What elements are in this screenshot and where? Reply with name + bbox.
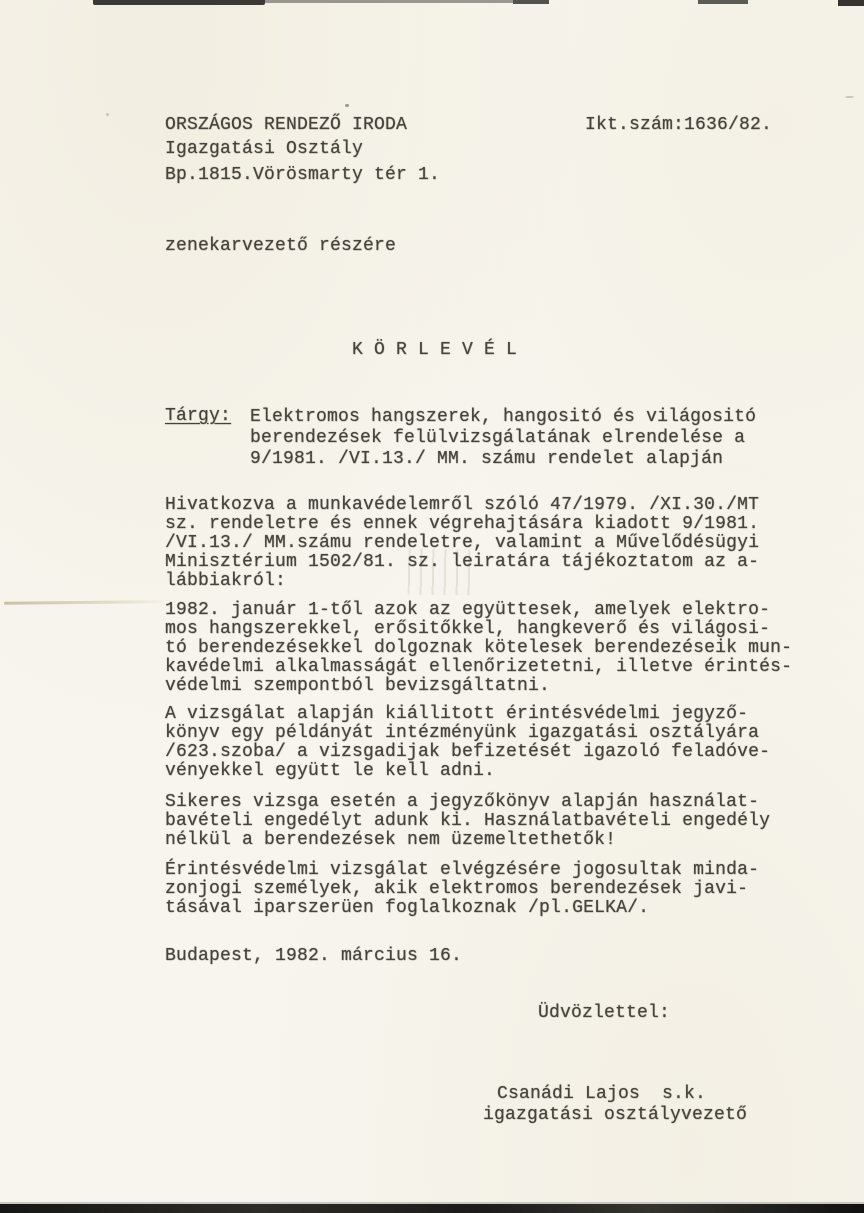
recipient-line: zenekarvezető részére: [165, 237, 396, 256]
org-department-line: Igazgatási Osztály: [165, 140, 363, 159]
scan-edge-artifact: [0, 1204, 864, 1213]
scan-edge-artifact: [265, 0, 513, 3]
scanned-letter-page: ORSZÁGOS RENDEZŐ IRODA Igazgatási Osztál…: [0, 0, 864, 1213]
body-paragraph: Sikeres vizsga esetén a jegyzőkönyv alap…: [165, 793, 770, 850]
body-paragraph: 1982. január 1-től azok az együttesek, a…: [165, 601, 792, 696]
paper-speck: [845, 96, 854, 98]
org-name-line: ORSZÁGOS RENDEZŐ IRODA: [165, 116, 407, 135]
paper-speck: [106, 113, 109, 116]
scan-edge-artifact: [838, 0, 864, 6]
subject-label: Tárgy:: [165, 407, 231, 426]
scan-edge-artifact: [93, 0, 265, 5]
body-paragraph: A vizsgálat alapján kiállitott érintésvé…: [165, 705, 770, 781]
scan-edge-artifact: [698, 0, 748, 4]
body-paragraph: Hivatkozva a munkavédelemről szóló 47/19…: [165, 496, 759, 591]
closing-salutation: Üdvözlettel:: [538, 1004, 670, 1023]
body-paragraph: Érintésvédelmi vizsgálat elvégzésére jog…: [165, 861, 759, 918]
date-line: Budapest, 1982. március 16.: [165, 947, 462, 966]
subject-text: Elektromos hangszerek, hangositó és vilá…: [250, 407, 756, 470]
document-title: K Ö R L E V É L: [352, 341, 517, 360]
paper-speck: [345, 104, 349, 107]
reference-number: Ikt.szám:1636/82.: [585, 116, 772, 135]
scan-edge-artifact: [513, 0, 549, 4]
signature-name: Csanádi Lajos s.k.: [497, 1085, 706, 1104]
org-address-line: Bp.1815.Vörösmarty tér 1.: [165, 166, 440, 185]
paper-crease: [4, 600, 162, 605]
signature-role: igazgatási osztályvezető: [483, 1106, 747, 1125]
